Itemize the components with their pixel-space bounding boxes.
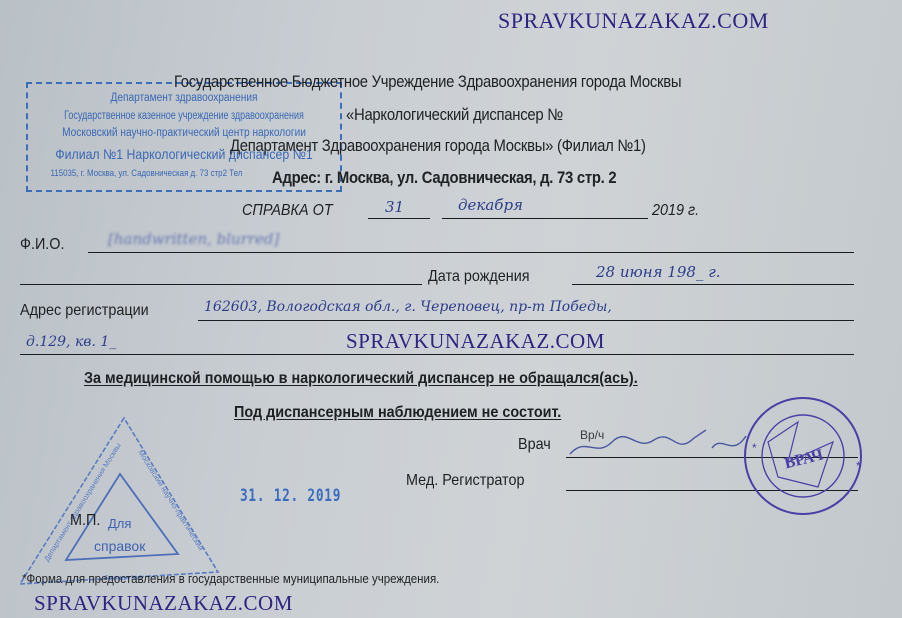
triangle-stamp-inner-1: Для (108, 516, 131, 531)
doctor-signature (566, 428, 766, 462)
watermark-middle: SPRAVKUNAZAKAZ.COM (346, 329, 605, 354)
svg-text:*: * (752, 441, 757, 455)
round-stamp-center: ВРАЧ (783, 446, 825, 472)
footnote: *Форма для предоставления в государствен… (22, 572, 439, 586)
watermark-bottom: SPRAVKUNAZAKAZ.COM (34, 591, 293, 616)
registrar-label: Мед. Регистратор (406, 472, 524, 490)
round-stamp: ВРАЧ * * (738, 392, 868, 522)
header-address: Адрес: г. Москва, ул. Садовническая, д. … (272, 169, 616, 188)
fio-value: [handwritten, blurred] (108, 230, 279, 248)
seal-place-label: М.П. (70, 512, 100, 530)
statement-not-applied: За медицинской помощью в наркологический… (84, 370, 638, 388)
birth-value: 28 июня 198_ г. (596, 263, 721, 281)
fio-label: Ф.И.О. (20, 236, 65, 254)
triangle-stamp-inner-2: справок (94, 538, 145, 554)
header-line-3: Департамент Здравоохранения города Москв… (230, 137, 646, 156)
certificate-month: декабря (458, 196, 523, 214)
svg-text:Московский научно-практический: Московский научно-практический (136, 448, 206, 552)
triangle-stamp: Департамент здравоохранения Москвы Моско… (14, 412, 224, 592)
certificate-title: СПРАВКА ОТ (242, 202, 333, 220)
doctor-label: Врач (518, 436, 551, 454)
certificate-year: 2019 г. (652, 202, 699, 220)
birth-label: Дата рождения (428, 268, 530, 286)
svg-text:*: * (856, 459, 861, 473)
address-value-line-1: 162603, Вологодская обл., г. Череповец, … (204, 299, 612, 315)
date-stamp: 31. 12. 2019 (240, 486, 341, 506)
statement-not-observed: Под диспансерным наблюдением не состоит. (234, 404, 561, 422)
header-line-2: «Наркологический диспансер № (346, 106, 563, 125)
header-line-1: Государственное Бюджетное Учреждение Здр… (174, 73, 681, 92)
address-value-line-2: д.129, кв. 1_ (26, 334, 116, 350)
watermark-top: SPRAVKUNAZAKAZ.COM (498, 8, 769, 34)
stamp-line: Департамент здравоохранения (47, 92, 322, 104)
address-label: Адрес регистрации (20, 302, 149, 320)
stamp-line: Государственное казенное учреждение здра… (62, 110, 305, 122)
certificate-day: 31 (385, 198, 404, 216)
